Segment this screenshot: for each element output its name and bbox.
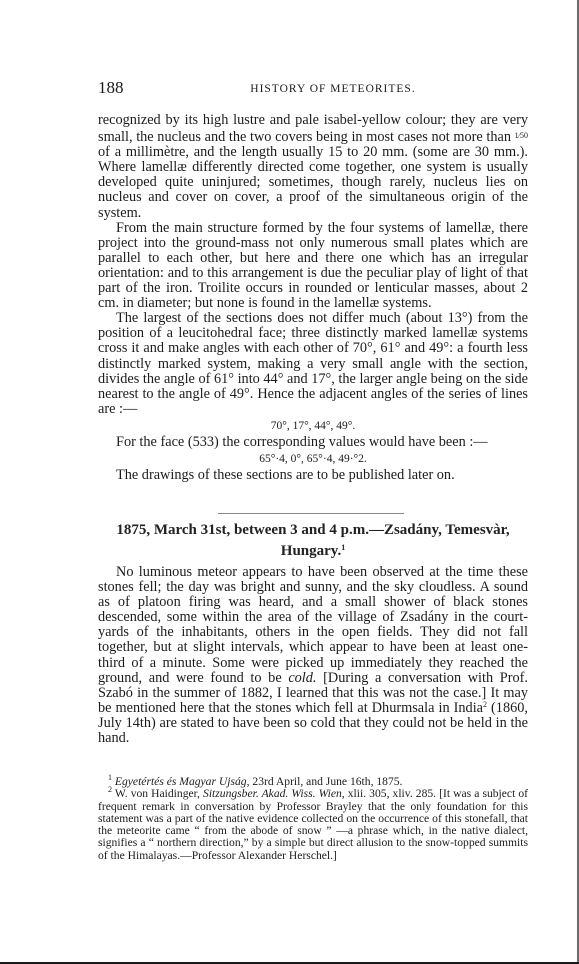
text: No luminous meteor appears to have been … <box>98 564 528 686</box>
text: W. von Haidinger, <box>112 787 203 800</box>
footnote-2: 2 W. von Haidinger, Sitzungsber. Akad. W… <box>98 788 528 862</box>
paragraph-drawings: The drawings of these sections are to be… <box>98 468 528 483</box>
paragraph-main-structure: From the main structure formed by the fo… <box>98 221 528 312</box>
angle-series-1: 70°, 17°, 44°, 49°. <box>98 419 528 434</box>
section-divider <box>218 513 404 514</box>
section-2-body: No luminous meteor appears to have been … <box>98 565 528 746</box>
running-head: HISTORY OF METEORITES. <box>98 83 568 95</box>
angle-series-2: 65°·4, 0°, 65°·4, 49·°2. <box>98 452 528 467</box>
heading-line-2: Hungary.1 <box>98 541 528 562</box>
paragraph-largest-section: The largest of the sections does not dif… <box>98 311 528 417</box>
paragraph-face-533: For the face (533) the corresponding val… <box>98 435 528 450</box>
page-header: 188 HISTORY OF METEORITES. <box>98 78 568 100</box>
paragraph-lamellae-description: recognized by its high lustre and pale i… <box>98 113 528 221</box>
text: of a millimètre, and the length usually … <box>98 144 528 220</box>
paragraph-zsadany-fall: No luminous meteor appears to have been … <box>98 565 528 746</box>
emphasis-cold: cold. <box>288 670 316 686</box>
heading-line-1: 1875, March 31st, between 3 and 4 p.m.—Z… <box>98 520 528 541</box>
footnote-source-title: Sitzungsber. Akad. Wiss. Wien <box>203 787 342 800</box>
text: recognized by its high lustre and pale i… <box>98 112 528 145</box>
footnote-ref-1: 1 <box>341 543 345 552</box>
section-heading-zsadany: 1875, March 31st, between 3 and 4 p.m.—Z… <box>98 520 528 562</box>
fraction: 1⁄50 <box>515 131 528 140</box>
footnote-mark: 1 <box>108 773 112 782</box>
footnotes: 1 Egyetértés és Magyar Ujság, 23rd April… <box>98 776 528 862</box>
section-1-body: recognized by its high lustre and pale i… <box>98 113 528 483</box>
heading-text: Hungary. <box>281 543 341 559</box>
